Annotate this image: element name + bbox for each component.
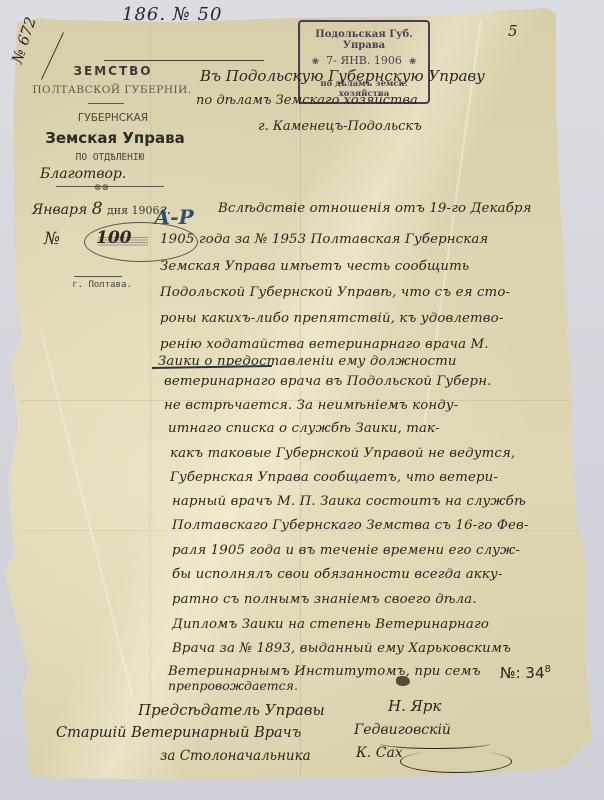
letterhead-date: Января 8 дня 1906г. — [32, 199, 171, 219]
letterhead-zemstvo: ЗЕМСТВО — [58, 64, 168, 78]
address-line: по дѣламъ Земскаго хозяйства — [196, 93, 418, 108]
address-line: Въ Подольскую Губернскую Управу — [200, 67, 485, 85]
paper-crease — [40, 330, 134, 699]
signature-title-chairman: Предсѣдатель Управы — [138, 701, 325, 719]
signature-title-clerk: за Столоначальника — [160, 748, 311, 764]
signature-vet: Гедвиговскiй — [354, 722, 451, 738]
signature-flourish — [400, 750, 512, 773]
date-month: Января — [32, 202, 87, 218]
date-day: 8 — [92, 199, 103, 219]
body-line: ветеринарнаго врача въ Подольской Губерн… — [164, 374, 492, 389]
registration-number: №: 348 — [500, 664, 551, 682]
body-line: Вслѣдствiе отношенiя отъ 19-го Декабря — [218, 201, 532, 216]
body-line: роны какихъ-либо препятствiй, къ удовлет… — [160, 311, 503, 326]
letterhead-uprava: Земская Управа — [20, 129, 210, 147]
body-line: раля 1905 года и въ теченiе времени его … — [172, 543, 520, 558]
body-line: Ветеринарнымъ Институтомъ, при семъ — [168, 664, 481, 679]
body-line: итнаго списка о службѣ Заики, так- — [168, 421, 440, 436]
corner-page-number: 5 — [508, 22, 518, 40]
registration-number-main: №: 34 — [500, 664, 545, 682]
ornament-icon: ⊗⊗ — [94, 183, 109, 193]
letterhead-divider — [56, 186, 164, 187]
receipt-stamp: Подольская Губ. Управа ❀ 7- ЯНВ. 1906 ❀ … — [298, 20, 430, 104]
body-line: нарный врачъ М. П. Заика состоитъ на слу… — [172, 494, 526, 509]
number-label: № — [44, 229, 60, 249]
letterhead-gubernia: ПОЛТАВСКОЙ ГУБЕРНIИ. — [32, 84, 192, 96]
top-reference-rule — [104, 60, 264, 61]
body-line: бы исполнялъ свои обязанности всегда акк… — [172, 567, 502, 582]
outgoing-number: 100 — [96, 228, 132, 248]
stamp-ornament-icon: ❀ — [409, 57, 417, 67]
body-line: Земская Управа имѣетъ честь сообщить — [160, 259, 469, 274]
body-line: ренiю ходатайства ветеринарнаго врача М. — [160, 337, 489, 352]
signature-chairman: Н. Ярк — [388, 697, 441, 715]
letterhead-city: г. Полтава. — [62, 280, 142, 290]
letterhead-department: Благотвор. — [40, 166, 180, 182]
letterhead-divider — [88, 103, 124, 104]
stamp-ornament-icon: ❀ — [312, 57, 320, 67]
body-line: Губернская Управа сообщаетъ, что ветери- — [170, 470, 498, 485]
body-line: Дипломъ Заики на степень Ветеринарнаго — [172, 617, 489, 632]
body-line: не встрѣчается. За неимѣнiемъ конду- — [164, 398, 458, 413]
date-printed: дня 1906 — [107, 204, 160, 217]
ink-blot — [396, 676, 410, 686]
city-divider — [74, 276, 122, 277]
stamp-date: 7- ЯНВ. 1906 — [326, 54, 402, 67]
signature-clerk: К. Сах — [356, 745, 403, 761]
stamp-institution: Подольская Губ. Управа — [300, 29, 428, 51]
body-line: Врача за № 1893, выданный ему Харьковски… — [172, 641, 511, 656]
body-line: ратно съ полнымъ знанiемъ своего дѣла. — [172, 592, 477, 607]
letterhead-gubernskaya: ГУБЕРНСКАЯ — [58, 112, 168, 124]
body-line: 1905 года за № 1953 Полтавская Губернска… — [160, 232, 488, 247]
closing-line: препровождается. — [168, 678, 298, 693]
body-line: какъ таковые Губернской Управой не ведут… — [170, 446, 515, 461]
address-line: г. Каменецъ-Подольскъ — [258, 119, 422, 134]
signature-title-vet: Старшiй Ветеринарный Врачъ — [56, 725, 301, 741]
body-line: Полтавскаго Губернскаго Земства съ 16-го… — [172, 518, 529, 533]
body-line: Подольской Губернской Управѣ, что съ ея … — [160, 285, 510, 300]
registration-number-sup: 8 — [545, 664, 551, 675]
top-reference-number: 186. № 50 — [122, 4, 222, 25]
stamp-date-row: ❀ 7- ЯНВ. 1906 ❀ — [300, 54, 428, 67]
letterhead-department-label: ПО ОТДѢЛЕНIЮ — [50, 152, 170, 163]
